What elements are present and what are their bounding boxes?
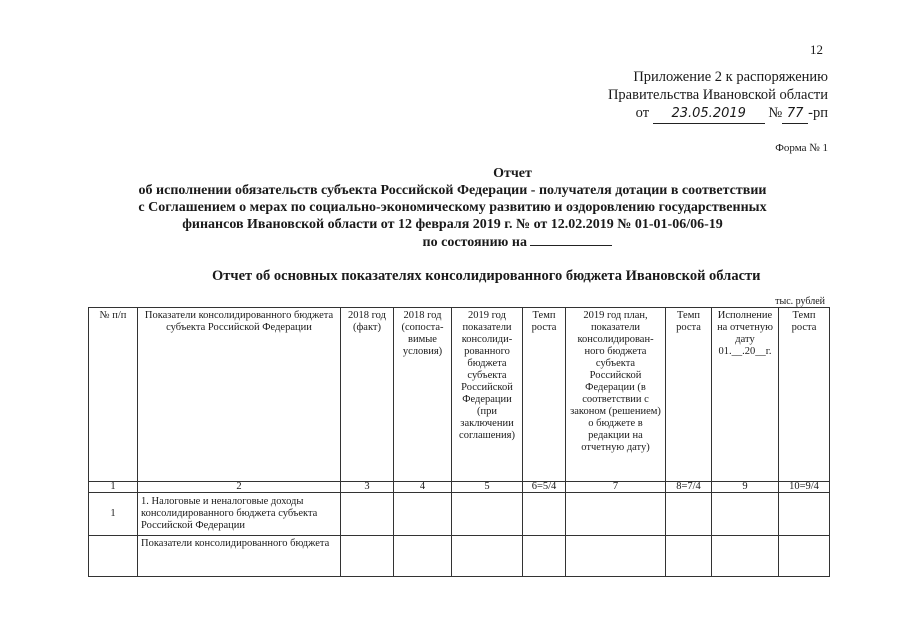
header-growth-rate-2: Темп роста [666,308,712,482]
row-cell [523,536,566,577]
report-title: Отчет об исполнении обязательств субъект… [0,165,905,251]
appendix-line-2: Правительства Ивановской области [608,86,828,104]
units-label: тыс. рублей [775,296,825,307]
row-cell [666,493,712,536]
number-prefix: № [768,105,782,121]
column-number-row: 1 2 3 4 5 6=5/4 7 8=7/4 9 10=9/4 [89,482,830,493]
row-cell [712,493,779,536]
as-of-date-blank [530,233,612,246]
row-cell [452,536,523,577]
row-cell [341,536,394,577]
title-line-1: Отчет [0,165,905,182]
row-cell [779,536,830,577]
form-number: Форма № 1 [775,142,828,154]
header-growth-rate-1: Темп роста [523,308,566,482]
title-line-4: финансов Ивановской области от 12 феврал… [0,216,905,233]
header-num: № п/п [89,308,138,482]
row-cell [566,536,666,577]
header-row: № п/п Показатели консолидированного бюдж… [89,308,830,482]
header-2019-agreement: 2019 год показатели консолиди-рованного … [452,308,523,482]
col-number: 6=5/4 [523,482,566,493]
header-execution: Исполнение на отчетную дату 01.__.20__г. [712,308,779,482]
row-cell [394,536,452,577]
date-prefix: от [636,105,649,121]
col-number: 4 [394,482,452,493]
row-cell [779,493,830,536]
header-growth-rate-3: Темп роста [779,308,830,482]
handwritten-number: 77 [782,105,808,124]
title-line-3: с Соглашением о мерах по социально-эконо… [0,199,905,216]
number-suffix: -рп [808,105,828,121]
col-number: 7 [566,482,666,493]
table-row: 1 1. Налоговые и неналоговые доходы конс… [89,493,830,536]
appendix-date-line: от 23.05.2019 №77-рп [608,104,828,124]
page-number: 12 [810,42,823,58]
row-num [89,536,138,577]
report-table: № п/п Показатели консолидированного бюдж… [88,307,830,577]
row-cell [712,536,779,577]
row-indicator: 1. Налоговые и неналоговые доходы консол… [138,493,341,536]
handwritten-date: 23.05.2019 [653,105,765,124]
title-line-2: об исполнении обязательств субъекта Росс… [0,182,905,199]
appendix-line-1: Приложение 2 к распоряжению [608,68,828,86]
col-number: 8=7/4 [666,482,712,493]
as-of-label: по состоянию на [423,235,527,250]
col-number: 5 [452,482,523,493]
row-cell [341,493,394,536]
row-num: 1 [89,493,138,536]
header-2019-plan: 2019 год план, показатели консолидирован… [566,308,666,482]
col-number: 3 [341,482,394,493]
header-2018-comparable: 2018 год (сопоста-вимые условия) [394,308,452,482]
header-2018-fact: 2018 год (факт) [341,308,394,482]
col-number: 9 [712,482,779,493]
row-cell [523,493,566,536]
col-number: 2 [138,482,341,493]
table-row: Показатели консолидированного бюджета [89,536,830,577]
row-cell [666,536,712,577]
col-number: 1 [89,482,138,493]
row-indicator: Показатели консолидированного бюджета [138,536,341,577]
row-cell [566,493,666,536]
header-indicator: Показатели консолидированного бюджета су… [138,308,341,482]
col-number: 10=9/4 [779,482,830,493]
table-subtitle: Отчет об основных показателях консолидир… [212,268,760,285]
row-cell [394,493,452,536]
title-line-5: по состоянию на [0,233,905,251]
appendix-block: Приложение 2 к распоряжению Правительств… [608,68,828,124]
row-cell [452,493,523,536]
